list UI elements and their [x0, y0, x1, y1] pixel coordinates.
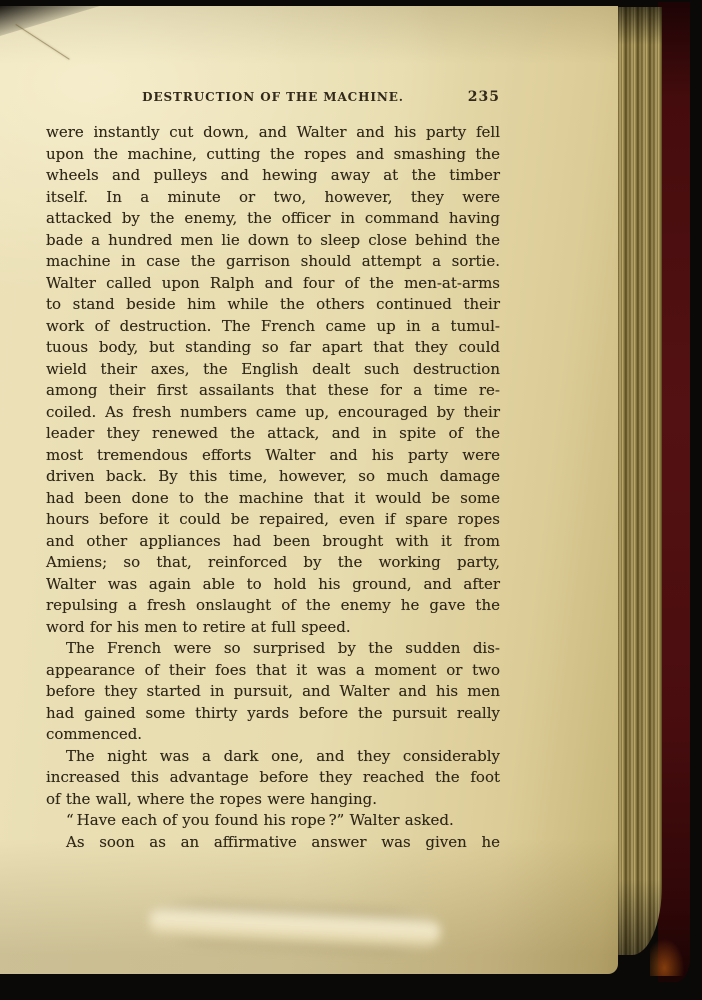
text-line: attacked by the enemy, the officer in co…: [46, 208, 500, 230]
paragraph: were instantly cut down, and Walter and …: [46, 122, 500, 638]
text-line: driven back. By this time, however, so m…: [46, 466, 500, 488]
text-line: The night was a dark one, and they consi…: [46, 746, 500, 768]
page-crease: [15, 24, 69, 60]
text-line: most tremendous efforts Walter and his p…: [46, 445, 500, 467]
text-line: appearance of their foes that it was a m…: [46, 660, 500, 682]
text-line: Walter called upon Ralph and four of the…: [46, 273, 500, 295]
text-line: wield their axes, the English dealt such…: [46, 359, 500, 381]
page-header: DESTRUCTION OF THE MACHINE. 235: [46, 90, 500, 112]
text-line: tuous body, but standing so far apart th…: [46, 337, 500, 359]
text-line: Amiens; so that, reinforced by the worki…: [46, 552, 500, 574]
text-line: among their first assailants that these …: [46, 380, 500, 402]
text-line: bade a hundred men lie down to sleep clo…: [46, 230, 500, 252]
text-block: were instantly cut down, and Walter and …: [46, 122, 500, 853]
page-bottom-edge: [149, 899, 441, 956]
book-cover: [658, 2, 690, 982]
page-number: 235: [468, 89, 500, 105]
text-line: work of destruction. The French came up …: [46, 316, 500, 338]
paragraph: The French were so surprised by the sudd…: [46, 638, 500, 746]
text-line: word for his men to retire at full speed…: [46, 617, 500, 639]
text-line: had been done to the machine that it wou…: [46, 488, 500, 510]
text-line: leader they renewed the attack, and in s…: [46, 423, 500, 445]
text-line: to stand beside him while the others con…: [46, 294, 500, 316]
text-line: commenced.: [46, 724, 500, 746]
page-corner-shadow: [0, 6, 100, 36]
text-line: coiled. As fresh numbers came up, encour…: [46, 402, 500, 424]
text-line: increased this advantage before they rea…: [46, 767, 500, 789]
text-line: before they started in pursuit, and Walt…: [46, 681, 500, 703]
paragraph: “ Have each of you found his rope ?” Wal…: [46, 810, 500, 832]
text-line: and other appliances had been brought wi…: [46, 531, 500, 553]
text-line: were instantly cut down, and Walter and …: [46, 122, 500, 144]
text-line: The French were so surprised by the sudd…: [46, 638, 500, 660]
text-line: As soon as an affirmative answer was giv…: [46, 832, 500, 854]
text-line: machine in case the garrison should atte…: [46, 251, 500, 273]
text-line: upon the machine, cutting the ropes and …: [46, 144, 500, 166]
text-line: itself. In a minute or two, however, the…: [46, 187, 500, 209]
text-line: Walter was again able to hold his ground…: [46, 574, 500, 596]
book-photo: DESTRUCTION OF THE MACHINE. 235 were ins…: [0, 0, 702, 1000]
paragraph: As soon as an affirmative answer was giv…: [46, 832, 500, 854]
text-line: of the wall, where the ropes were hangin…: [46, 789, 500, 811]
text-line: wheels and pulleys and hewing away at th…: [46, 165, 500, 187]
book-page: DESTRUCTION OF THE MACHINE. 235 were ins…: [0, 6, 618, 974]
text-line: repulsing a fresh onslaught of the enemy…: [46, 595, 500, 617]
text-line: “ Have each of you found his rope ?” Wal…: [46, 810, 500, 832]
text-line: had gained some thirty yards before the …: [46, 703, 500, 725]
running-title: DESTRUCTION OF THE MACHINE.: [46, 90, 500, 104]
paragraph: The night was a dark one, and they consi…: [46, 746, 500, 811]
text-line: hours before it could be repaired, even …: [46, 509, 500, 531]
